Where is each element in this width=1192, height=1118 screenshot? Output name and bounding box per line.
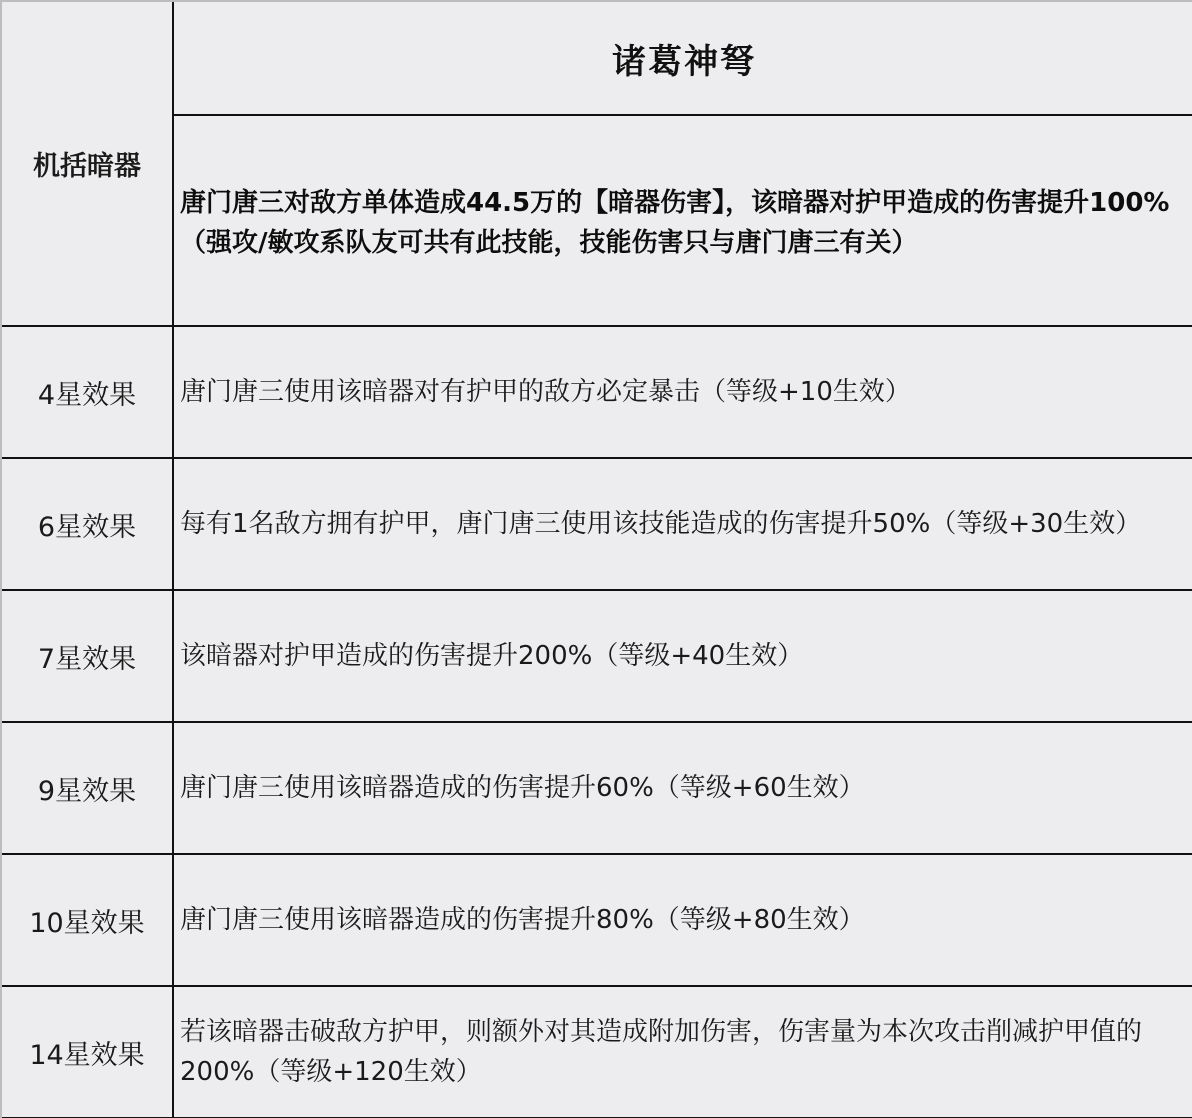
star-label-10: 10星效果 [2,855,172,985]
weapon-title: 诸葛神弩 [174,2,1192,115]
star-label-14: 14星效果 [2,987,172,1117]
base-effect-text: 唐门唐三对敌方单体造成44.5万的【暗器伤害】，该暗器对护甲造成的伤害提升100… [180,183,1190,263]
star-effect-text: 若该暗器击破敌方护甲，则额外对其造成附加伤害，伤害量为本次攻击削减护甲值的200… [180,1012,1190,1092]
star-effect-14: 若该暗器击破敌方护甲，则额外对其造成附加伤害，伤害量为本次攻击削减护甲值的200… [174,987,1190,1117]
star-effect-text: 唐门唐三使用该暗器对有护甲的敌方必定暴击（等级+10生效） [180,372,911,412]
star-effect-text: 该暗器对护甲造成的伤害提升200%（等级+40生效） [180,636,803,676]
star-effect-7: 该暗器对护甲造成的伤害提升200%（等级+40生效） [174,591,1190,721]
star-effect-9: 唐门唐三使用该暗器造成的伤害提升60%（等级+60生效） [174,723,1190,853]
star-effect-4: 唐门唐三使用该暗器对有护甲的敌方必定暴击（等级+10生效） [174,327,1190,457]
star-effect-10: 唐门唐三使用该暗器造成的伤害提升80%（等级+80生效） [174,855,1190,985]
star-label-6: 6星效果 [2,459,172,589]
base-effect-description: 唐门唐三对敌方单体造成44.5万的【暗器伤害】，该暗器对护甲造成的伤害提升100… [174,116,1190,325]
star-effect-text: 唐门唐三使用该暗器造成的伤害提升60%（等级+60生效） [180,768,865,808]
star-label-7: 7星效果 [2,591,172,721]
weapon-effects-table: 机括暗器 诸葛神弩 唐门唐三对敌方单体造成44.5万的【暗器伤害】，该暗器对护甲… [0,0,1192,1118]
star-label-9: 9星效果 [2,723,172,853]
star-label-4: 4星效果 [2,327,172,457]
star-effect-6: 每有1名敌方拥有护甲，唐门唐三使用该技能造成的伤害提升50%（等级+30生效） [174,459,1190,589]
star-effect-text: 唐门唐三使用该暗器造成的伤害提升80%（等级+80生效） [180,900,865,940]
weapon-category-label: 机括暗器 [2,2,172,325]
star-effect-text: 每有1名敌方拥有护甲，唐门唐三使用该技能造成的伤害提升50%（等级+30生效） [180,504,1141,544]
